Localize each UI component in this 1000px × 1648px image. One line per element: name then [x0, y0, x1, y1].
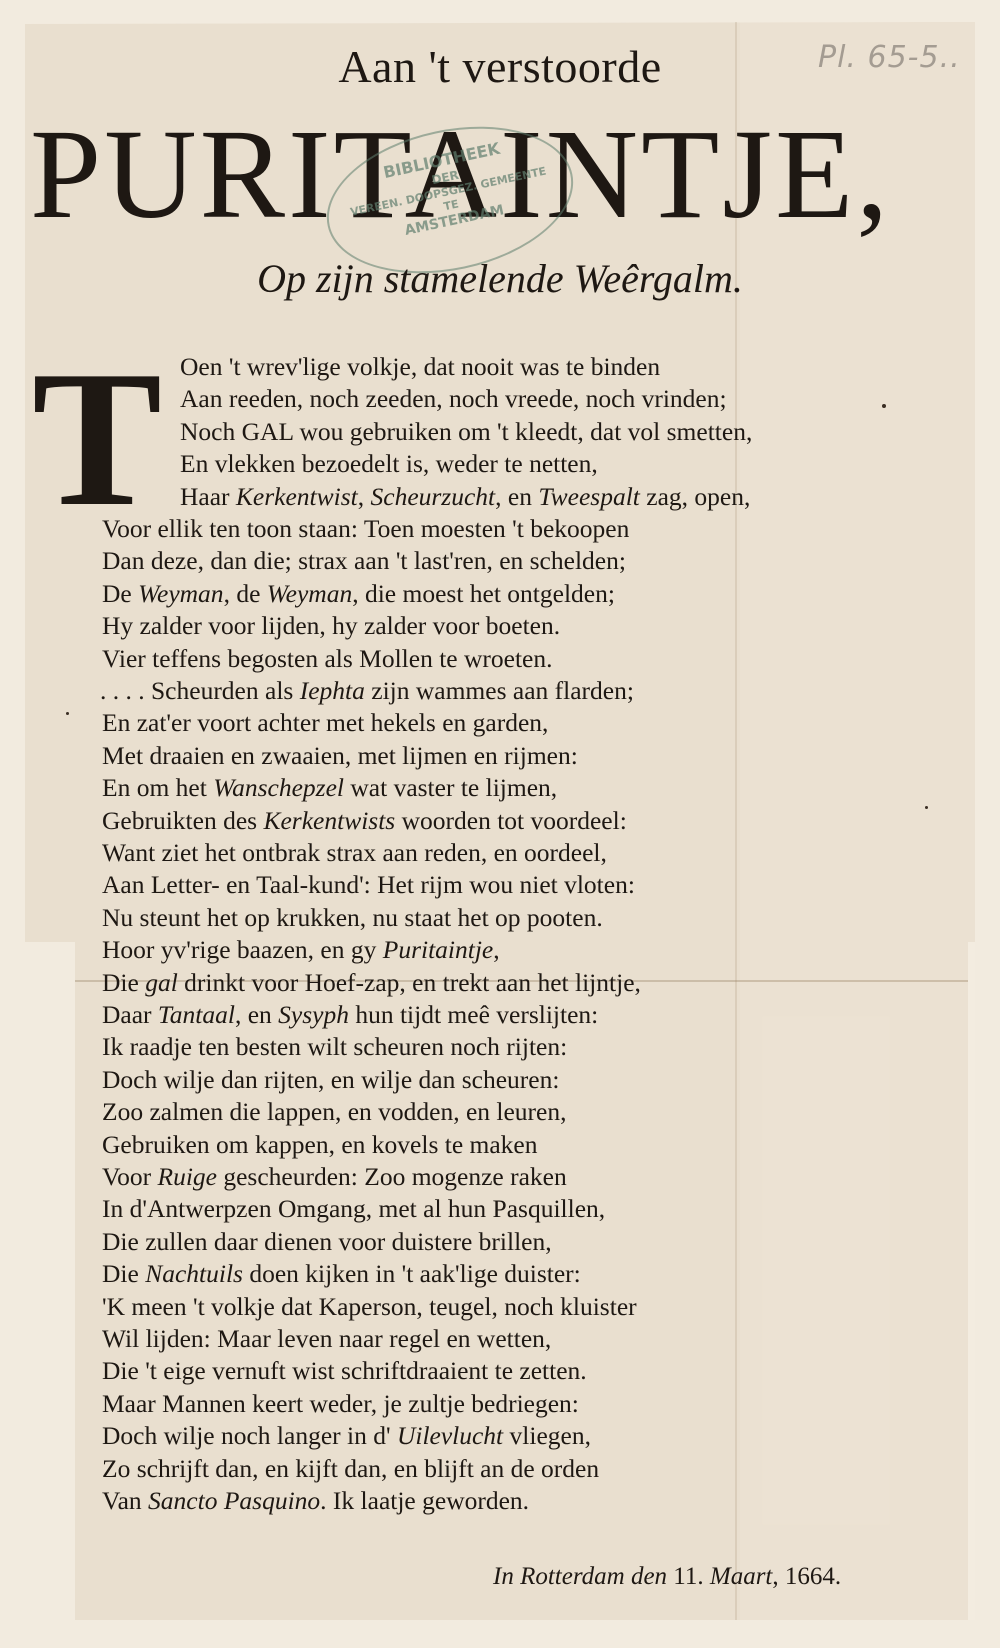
poem-line: Die zullen daar dienen voor duistere bri… [102, 1227, 552, 1257]
line-text: Gebruiken om kappen, en kovels te maken [102, 1130, 538, 1159]
line-text: Voor ellik ten toon staan: Toen moesten … [102, 514, 629, 543]
line-text: hun tijdt meê verslijten: [349, 1000, 598, 1029]
line-text: Die [102, 1259, 145, 1288]
italic-name: Uilevlucht [397, 1421, 503, 1450]
line-text: In d'Antwerpzen Omgang, met al hun Pasqu… [102, 1194, 605, 1223]
italic-name: Sysyph [278, 1000, 349, 1029]
poem-line: Wil lijden: Maar leven naar regel en wet… [102, 1324, 551, 1354]
poem-line: Ik raadje ten besten wilt scheuren noch … [102, 1032, 567, 1062]
line-text: Want ziet het ontbrak strax aan reden, e… [102, 838, 607, 867]
poem-line: . . . . Scheurden als Iephta zijn wammes… [100, 676, 634, 706]
drop-capital: T [32, 352, 162, 528]
poem-line: Nu steunt het op krukken, nu staat het o… [102, 903, 603, 933]
italic-name: Scheurzucht [371, 482, 496, 511]
line-text: Oen 't wrev'lige volkje, dat nooit was t… [180, 352, 660, 381]
line-text: Hoor yv'rige baazen, en gy [102, 935, 383, 964]
poem-line: Die Nachtuils doen kijken in 't aak'lige… [102, 1259, 581, 1289]
line-text: . Ik laatje geworden. [320, 1486, 529, 1515]
poem-line: Van Sancto Pasquino. Ik laatje geworden. [102, 1486, 529, 1516]
poem-line: Oen 't wrev'lige volkje, dat nooit was t… [180, 352, 660, 382]
line-text: Van [102, 1486, 148, 1515]
line-text: , [358, 482, 371, 511]
line-text: Die zullen daar dienen voor duistere bri… [102, 1227, 552, 1256]
line-text: Dan deze, dan die; strax aan 't last'ren… [102, 546, 626, 575]
line-text: doen kijken in 't aak'lige duister: [243, 1259, 581, 1288]
line-text: zijn wammes aan flarden; [365, 676, 634, 705]
italic-name: Iephta [300, 676, 365, 705]
line-text: woorden tot voordeel: [395, 806, 627, 835]
line-text: Zoo zalmen die lappen, en vodden, en leu… [102, 1097, 567, 1126]
imprint-day: 11. [667, 1563, 710, 1590]
italic-name: Sancto Pasquino [148, 1486, 320, 1515]
poem-line: Hy zalder voor lijden, hy zalder voor bo… [102, 611, 560, 641]
line-text: wat vaster te lijmen, [344, 773, 557, 802]
italic-name: Tantaal [158, 1000, 235, 1029]
line-text: En zat'er voort achter met hekels en gar… [102, 708, 548, 737]
line-text: , [493, 935, 499, 964]
line-text: Gebruikten des [102, 806, 263, 835]
line-text: Die [102, 968, 145, 997]
line-text: Doch wilje noch langer in d' [102, 1421, 397, 1450]
italic-name: Nachtuils [145, 1259, 243, 1288]
heading: Aan 't verstoorde [0, 40, 1000, 93]
line-text: , die moest het ontgelden; [352, 579, 615, 608]
poem-line: Zoo zalmen die lappen, en vodden, en leu… [102, 1097, 567, 1127]
italic-name: Kerkentwist [236, 482, 358, 511]
poem-line: Haar Kerkentwist, Scheurzucht, en Tweesp… [180, 482, 750, 512]
poem-line: Aan Letter- en Taal-kund': Het rijm wou … [102, 870, 635, 900]
line-text: zag, open, [640, 482, 750, 511]
line-text: Aan reeden, noch zeeden, noch vreede, no… [180, 384, 727, 413]
line-text: Doch wilje dan rijten, en wilje dan sche… [102, 1065, 559, 1094]
line-text: Nu steunt het op krukken, nu staat het o… [102, 903, 603, 932]
line-text: Wil lijden: Maar leven naar regel en wet… [102, 1324, 551, 1353]
poem-line: Dan deze, dan die; strax aan 't last'ren… [102, 546, 626, 576]
imprint-month: Maart [710, 1563, 773, 1590]
imprint-line: In Rotterdam den 11. Maart, 1664. [493, 1563, 841, 1591]
subtitle: Op zijn stamelende Weêrgalm. [0, 255, 1000, 302]
ink-speck [925, 806, 928, 809]
poem-line: Gebruikten des Kerkentwists woorden tot … [102, 806, 627, 836]
line-text: Die 't eige vernuft wist schriftdraaient… [102, 1356, 587, 1385]
poem-line: De Weyman, de Weyman, die moest het ontg… [102, 579, 615, 609]
poem-line: Zo schrijft dan, en kijft dan, en blijft… [102, 1454, 599, 1484]
poem-line: Vier teffens begosten als Mollen te wroe… [102, 644, 552, 674]
line-text: , en [235, 1000, 278, 1029]
line-text: 'K meen 't volkje dat Kaperson, teugel, … [102, 1292, 637, 1321]
italic-name: Kerkentwists [263, 806, 395, 835]
imprint-place: In Rotterdam den [493, 1563, 667, 1590]
line-text: Ik raadje ten besten wilt scheuren noch … [102, 1032, 567, 1061]
poem-line: Hoor yv'rige baazen, en gy Puritaintje, [102, 935, 500, 965]
poem-line: Want ziet het ontbrak strax aan reden, e… [102, 838, 607, 868]
line-text: drinkt voor Hoef-zap, en trekt aan het l… [178, 968, 641, 997]
italic-name: gal [145, 968, 178, 997]
broadsheet-scan: Pl. 65-5.. Aan 't verstoorde PURITAINTJE… [0, 0, 1000, 1648]
line-text: De [102, 579, 138, 608]
line-text: Zo schrijft dan, en kijft dan, en blijft… [102, 1454, 599, 1483]
ink-speck [882, 404, 886, 408]
poem-line: Daar Tantaal, en Sysyph hun tijdt meê ve… [102, 1000, 598, 1030]
line-text: Met draaien en zwaaien, met lijmen en ri… [102, 741, 578, 770]
ink-speck [66, 712, 69, 715]
line-text: En vlekken bezoedelt is, weder te netten… [180, 449, 598, 478]
poem-line: Die 't eige vernuft wist schriftdraaient… [102, 1356, 587, 1386]
line-text: . . . . Scheurden als [100, 676, 300, 705]
poem-line: Voor Ruige gescheurden: Zoo mogenze rake… [102, 1162, 567, 1192]
poem-line: Maar Mannen keert weder, je zultje bedri… [102, 1389, 579, 1419]
italic-name: Wanschepzel [213, 773, 344, 802]
line-text: Vier teffens begosten als Mollen te wroe… [102, 644, 552, 673]
poem-line: En zat'er voort achter met hekels en gar… [102, 708, 548, 738]
line-text: , de [224, 579, 267, 608]
poem-line: Voor ellik ten toon staan: Toen moesten … [102, 514, 629, 544]
italic-name: Ruige [158, 1162, 217, 1191]
line-text: Hy zalder voor lijden, hy zalder voor bo… [102, 611, 560, 640]
line-text: Aan Letter- en Taal-kund': Het rijm wou … [102, 870, 635, 899]
line-text: vliegen, [503, 1421, 591, 1450]
line-text: Maar Mannen keert weder, je zultje bedri… [102, 1389, 579, 1418]
line-text: Noch GAL wou gebruiken om 't kleedt, dat… [180, 417, 752, 446]
poem-line: Doch wilje dan rijten, en wilje dan sche… [102, 1065, 559, 1095]
line-text: Haar [180, 482, 236, 511]
poem-line: Noch GAL wou gebruiken om 't kleedt, dat… [180, 417, 752, 447]
poem-line: Aan reeden, noch zeeden, noch vreede, no… [180, 384, 727, 414]
italic-name: Tweespalt [538, 482, 640, 511]
italic-name: Puritaintje [383, 935, 494, 964]
poem-line: In d'Antwerpzen Omgang, met al hun Pasqu… [102, 1194, 605, 1224]
line-text: gescheurden: Zoo mogenze raken [217, 1162, 567, 1191]
poem-line: Doch wilje noch langer in d' Uilevlucht … [102, 1421, 591, 1451]
line-text: , en [495, 482, 538, 511]
italic-name: Weyman [267, 579, 352, 608]
poem-line: Met draaien en zwaaien, met lijmen en ri… [102, 741, 578, 771]
line-text: En om het [102, 773, 213, 802]
poem-line: En om het Wanschepzel wat vaster te lijm… [102, 773, 557, 803]
line-text: Daar [102, 1000, 158, 1029]
imprint-year: , 1664. [772, 1563, 841, 1590]
italic-name: Weyman [138, 579, 223, 608]
poem-line: 'K meen 't volkje dat Kaperson, teugel, … [102, 1292, 637, 1322]
poem-line: Gebruiken om kappen, en kovels te maken [102, 1130, 538, 1160]
line-text: Voor [102, 1162, 158, 1191]
poem-line: En vlekken bezoedelt is, weder te netten… [180, 449, 598, 479]
poem-line: Die gal drinkt voor Hoef-zap, en trekt a… [102, 968, 641, 998]
